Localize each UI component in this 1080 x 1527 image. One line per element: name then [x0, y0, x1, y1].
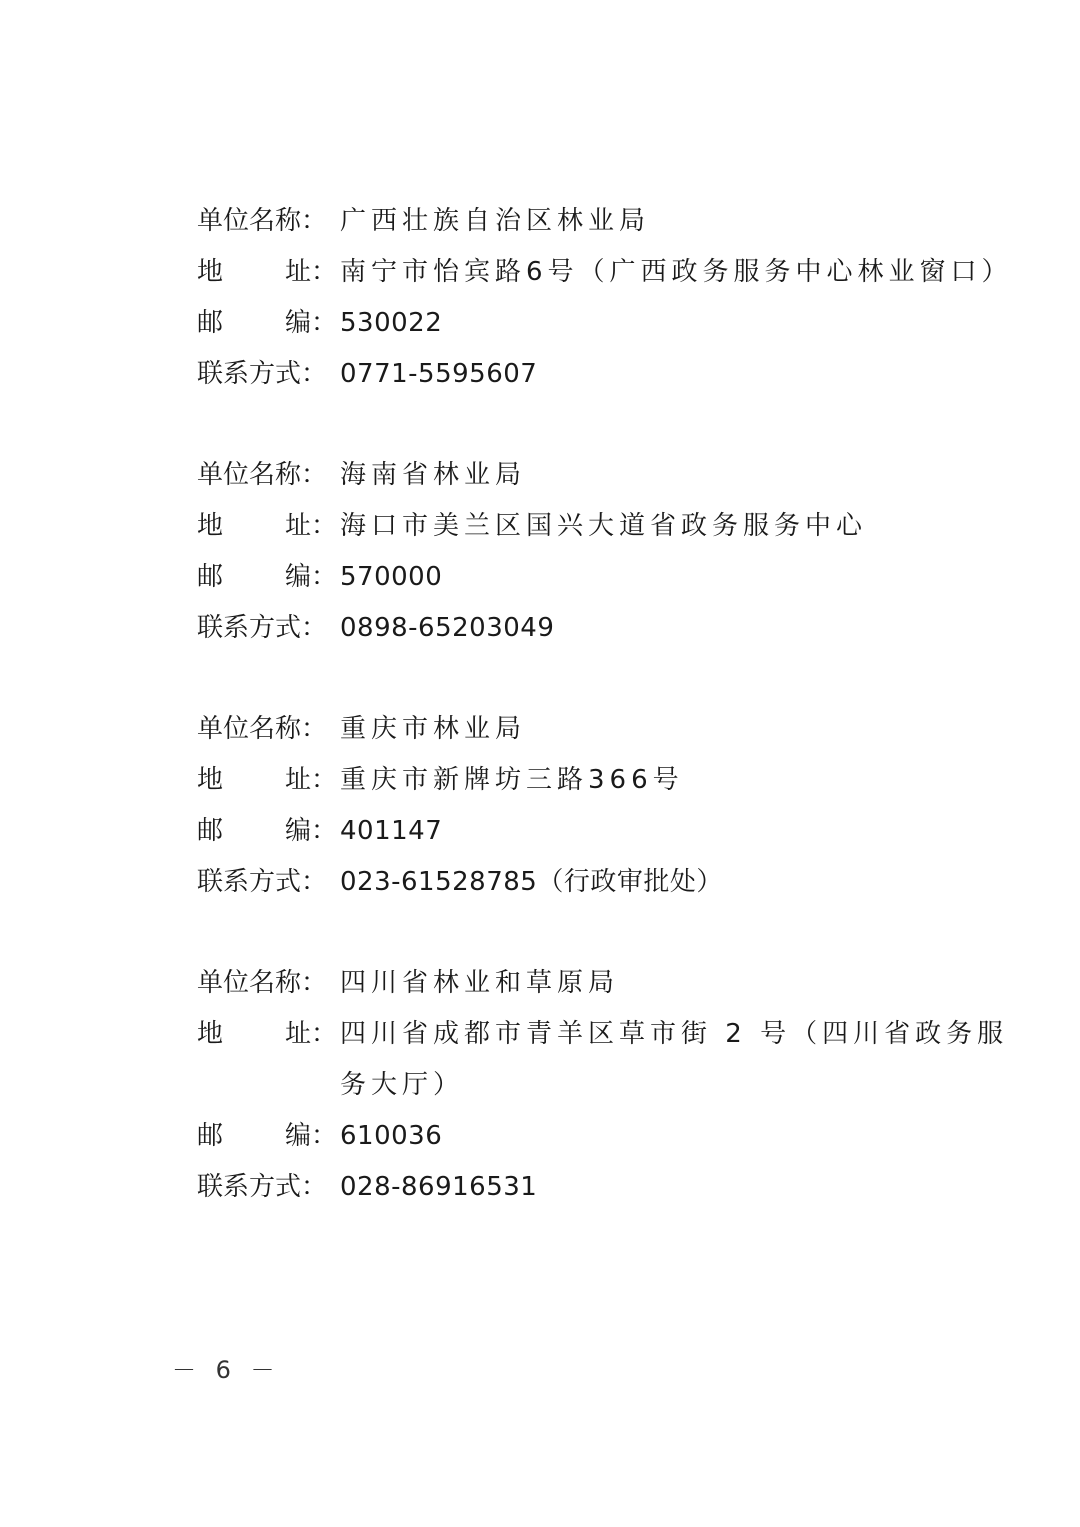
postcode-label: 邮 编： — [197, 1111, 340, 1162]
contact-row: 联系方式： 0771-5595607 — [197, 349, 957, 400]
contact-entry-guangxi: 单位名称： 广西壮族自治区林业局 地 址： 南宁市怡宾路6号（广西政务服务中心林… — [197, 196, 957, 400]
contact-row: 联系方式： 0898-65203049 — [197, 603, 957, 654]
postcode-value: 610036 — [340, 1111, 442, 1162]
address-value: 四川省成都市青羊区草市街 2 号（四川省政务服 — [340, 1009, 1008, 1060]
address-continuation: 务大厅） — [340, 1060, 464, 1111]
address-value: 重庆市新牌坊三路366号 — [340, 755, 684, 806]
address-continuation-row: 务大厅） — [197, 1060, 957, 1111]
postcode-label: 邮 编： — [197, 552, 340, 603]
unit-name-row: 单位名称： 重庆市林业局 — [197, 704, 957, 755]
address-value: 海口市美兰区国兴大道省政务服务中心 — [340, 501, 867, 552]
unit-name-label: 单位名称： — [197, 958, 340, 1009]
contact-row: 联系方式： 023-61528785（行政审批处） — [197, 857, 957, 908]
page-number: － 6 － — [172, 1350, 281, 1385]
contact-label: 联系方式： — [197, 349, 340, 400]
address-label: 地 址： — [197, 501, 340, 552]
address-label: 地 址： — [197, 1009, 340, 1060]
contact-entry-hainan: 单位名称： 海南省林业局 地 址： 海口市美兰区国兴大道省政务服务中心 邮 编：… — [197, 450, 957, 654]
address-row: 地 址： 四川省成都市青羊区草市街 2 号（四川省政务服 — [197, 1009, 957, 1060]
unit-name-value: 广西壮族自治区林业局 — [340, 196, 650, 247]
unit-name-label: 单位名称： — [197, 196, 340, 247]
contact-value: 0898-65203049 — [340, 603, 554, 654]
contact-label: 联系方式： — [197, 1162, 340, 1213]
postcode-row: 邮 编： 570000 — [197, 552, 957, 603]
unit-name-value: 重庆市林业局 — [340, 704, 526, 755]
address-row: 地 址： 海口市美兰区国兴大道省政务服务中心 — [197, 501, 957, 552]
unit-name-value: 四川省林业和草原局 — [340, 958, 619, 1009]
postcode-label: 邮 编： — [197, 806, 340, 857]
address-label: 地 址： — [197, 247, 340, 298]
postcode-label: 邮 编： — [197, 298, 340, 349]
unit-name-row: 单位名称： 广西壮族自治区林业局 — [197, 196, 957, 247]
address-value: 南宁市怡宾路6号（广西政务服务中心林业窗口） — [340, 247, 1013, 298]
unit-name-row: 单位名称： 海南省林业局 — [197, 450, 957, 501]
contact-value: 028-86916531 — [340, 1162, 537, 1213]
postcode-row: 邮 编： 610036 — [197, 1111, 957, 1162]
contact-row: 联系方式： 028-86916531 — [197, 1162, 957, 1213]
postcode-row: 邮 编： 401147 — [197, 806, 957, 857]
contact-label: 联系方式： — [197, 857, 340, 908]
contact-value: 023-61528785（行政审批处） — [340, 857, 723, 908]
contact-label: 联系方式： — [197, 603, 340, 654]
contact-entry-sichuan: 单位名称： 四川省林业和草原局 地 址： 四川省成都市青羊区草市街 2 号（四川… — [197, 958, 957, 1213]
address-label: 地 址： — [197, 755, 340, 806]
address-row: 地 址： 重庆市新牌坊三路366号 — [197, 755, 957, 806]
contact-entry-chongqing: 单位名称： 重庆市林业局 地 址： 重庆市新牌坊三路366号 邮 编： 4011… — [197, 704, 957, 908]
unit-name-label: 单位名称： — [197, 450, 340, 501]
postcode-value: 570000 — [340, 552, 442, 603]
unit-name-value: 海南省林业局 — [340, 450, 526, 501]
postcode-value: 401147 — [340, 806, 442, 857]
unit-name-row: 单位名称： 四川省林业和草原局 — [197, 958, 957, 1009]
postcode-value: 530022 — [340, 298, 442, 349]
unit-name-label: 单位名称： — [197, 704, 340, 755]
address-row: 地 址： 南宁市怡宾路6号（广西政务服务中心林业窗口） — [197, 247, 957, 298]
contact-value: 0771-5595607 — [340, 349, 537, 400]
postcode-row: 邮 编： 530022 — [197, 298, 957, 349]
document-page: 单位名称： 广西壮族自治区林业局 地 址： 南宁市怡宾路6号（广西政务服务中心林… — [0, 0, 1080, 1527]
